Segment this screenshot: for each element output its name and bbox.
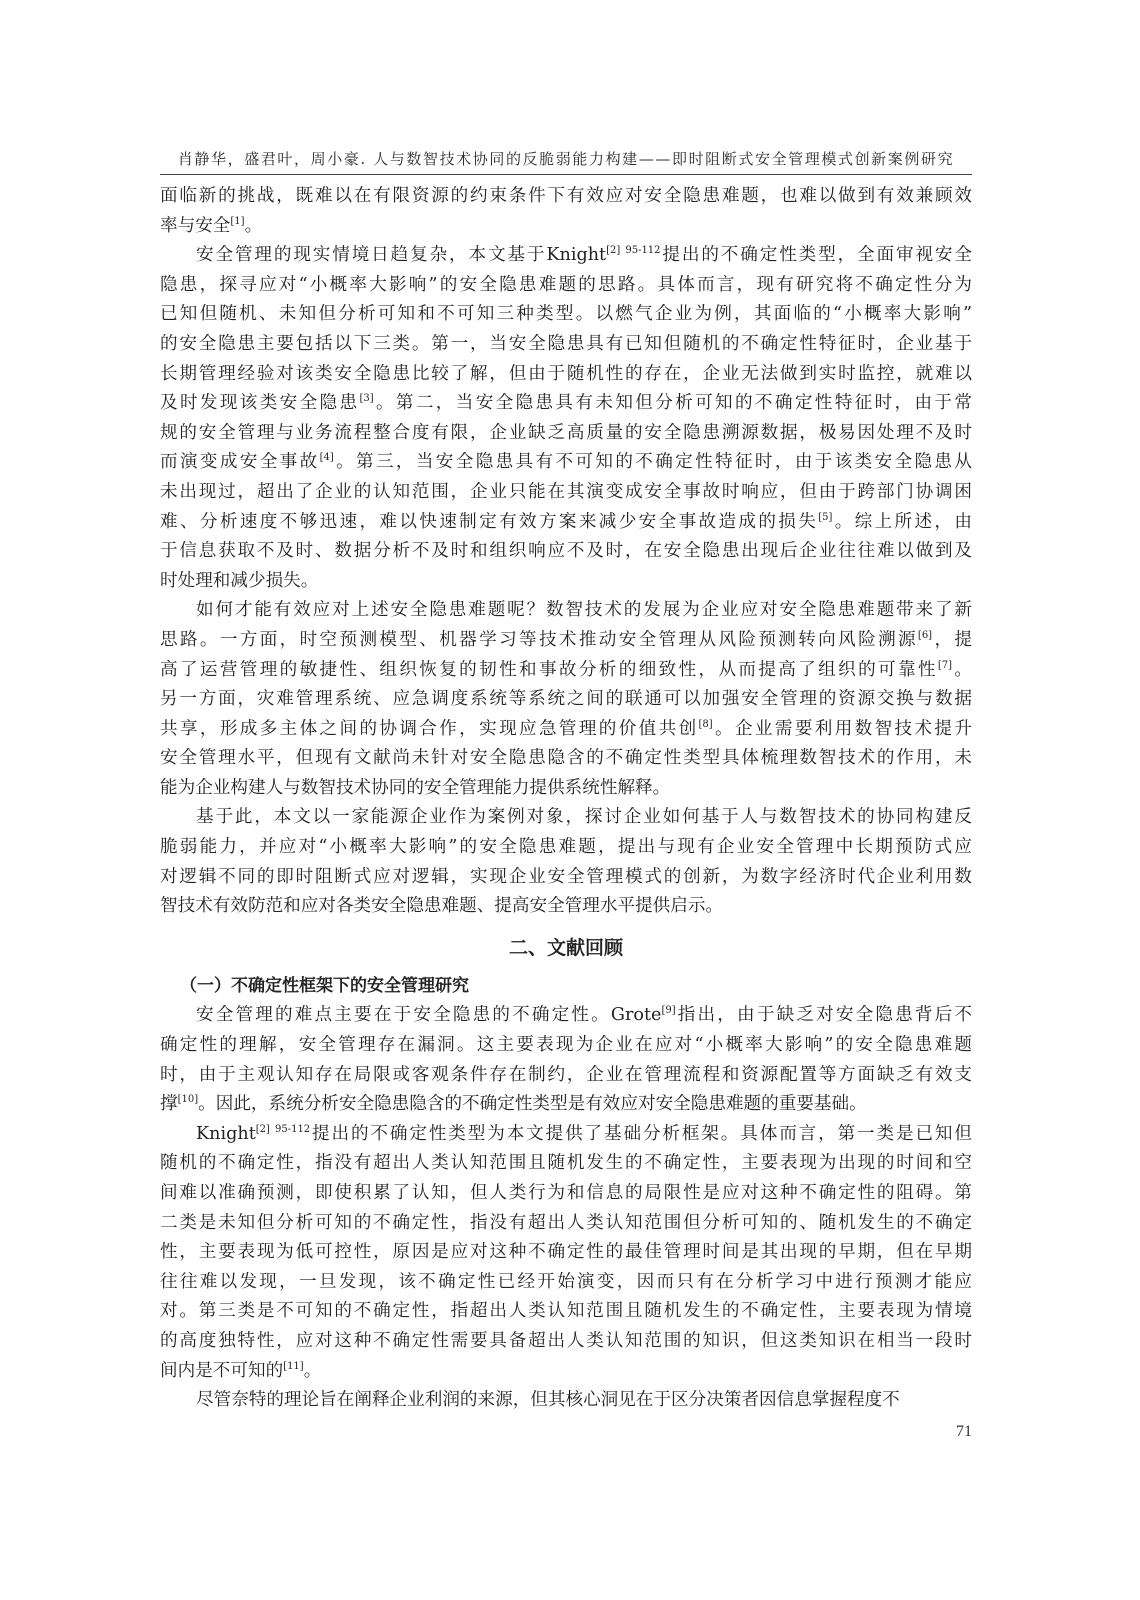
citation-ref[interactable]: [6] xyxy=(918,630,932,641)
text-line: 的安全隐患主要包括以下三类。第一，当安全隐患具有已知但随机的不确定性特征时，企业… xyxy=(160,330,972,360)
citation-ref[interactable]: [2] 95-112 xyxy=(606,245,660,256)
text-line: 思路。一方面，时空预测模型、机器学习等技术推动安全管理从风险预测转向风险溯源[6… xyxy=(160,626,972,656)
text-line: 如何才能有效应对上述安全隐患难题呢？数智技术的发展为企业应对安全隐患难题带来了新 xyxy=(160,596,972,626)
text-line: 于信息获取不及时、数据分析不及时和组织响应不及时，在安全隐患出现后企业往往难以做… xyxy=(160,537,972,567)
citation-ref[interactable]: [1] xyxy=(230,216,244,227)
citation-ref[interactable]: [7] xyxy=(938,660,952,671)
text-line: 未出现过，超出了企业的认知范围，企业只能在其演变成安全事故时响应，但由于跨部门协… xyxy=(160,478,972,508)
text-line: 面临新的挑战，既难以在有限资源的约束条件下有效应对安全隐患难题，也难以做到有效兼… xyxy=(160,182,972,212)
paragraph: 安全管理的难点主要在于安全隐患的不确定性。Grote[9]指出，由于缺乏对安全隐… xyxy=(160,1001,972,1119)
text-line: Knight[2] 95-112提出的不确定性类型为本文提供了基础分析框架。具体… xyxy=(160,1120,972,1150)
text-line: 确定性的理解，安全管理存在漏洞。这主要表现为企业在应对“小概率大影响”的安全隐患… xyxy=(160,1031,972,1061)
text-line: 对逻辑不同的即时阻断式应对逻辑，实现企业安全管理模式的创新，为数字经济时代企业利… xyxy=(160,863,972,893)
text-line: 长期管理经验对该类安全隐患比较了解，但由于随机性的存在，企业无法做到实时监控，就… xyxy=(160,360,972,390)
page-number: 71 xyxy=(956,1423,972,1441)
text-line: 对。第三类是不可知的不确定性，指超出人类认知范围且随机发生的不确定性，主要表现为… xyxy=(160,1297,972,1327)
text-line: 共享，形成多主体之间的协调合作，实现应急管理的价值共创[8]。企业需要利用数智技… xyxy=(160,715,972,745)
text-line: 随机的不确定性，指没有超出人类认知范围且随机发生的不确定性，主要表现为出现的时间… xyxy=(160,1149,972,1179)
text-line: 规的安全管理与业务流程整合度有限，企业缺乏高质量的安全隐患溯源数据，极易因处理不… xyxy=(160,419,972,449)
text-line: 率与安全[1]。 xyxy=(160,212,972,242)
text-line: 安全管理的难点主要在于安全隐患的不确定性。Grote[9]指出，由于缺乏对安全隐… xyxy=(160,1001,972,1031)
text-line: 高了运营管理的敏捷性、组织恢复的韧性和事故分析的细致性，从而提高了组织的可靠性[… xyxy=(160,656,972,686)
text-line: 及时发现该类安全隐患[3]。第二，当安全隐患具有未知但分析可知的不确定性特征时，… xyxy=(160,389,972,419)
text-line: 智技术有效防范和应对各类安全隐患难题、提高安全管理水平提供启示。 xyxy=(160,892,972,922)
text-line: 而演变成安全事故[4]。第三，当安全隐患具有不可知的不确定性特征时，由于该类安全… xyxy=(160,448,972,478)
section-paragraphs: 安全管理的难点主要在于安全隐患的不确定性。Grote[9]指出，由于缺乏对安全隐… xyxy=(160,1001,972,1415)
text-line: 尽管奈特的理论旨在阐释企业利润的来源，但其核心洞见在于区分决策者因信息掌握程度不 xyxy=(160,1386,972,1416)
text-line: 基于此，本文以一家能源企业作为案例对象，探讨企业如何基于人与数智技术的协同构建反 xyxy=(160,803,972,833)
text-line: 难、分析速度不够迅速，难以快速制定有效方案来减少安全事故造成的损失[5]。综上所… xyxy=(160,508,972,538)
citation-ref[interactable]: [4] xyxy=(320,452,334,463)
paragraph: 如何才能有效应对上述安全隐患难题呢？数智技术的发展为企业应对安全隐患难题带来了新… xyxy=(160,596,972,803)
paragraph: 安全管理的现实情境日趋复杂，本文基于Knight[2] 95-112提出的不确定… xyxy=(160,241,972,596)
text-line: 已知但随机、未知但分析可知和不可知三种类型。以燃气企业为例，其面临的“小概率大影… xyxy=(160,300,972,330)
text-line: 能为企业构建人与数智技术协同的安全管理能力提供系统性解释。 xyxy=(160,774,972,804)
citation-ref[interactable]: [11] xyxy=(283,1361,304,1372)
text-line: 脆弱能力，并应对“小概率大影响”的安全隐患难题，提出与现有企业安全管理中长期预防… xyxy=(160,833,972,863)
text-line: 另一方面，灾难管理系统、应急调度系统等系统之间的联通可以加强安全管理的资源交换与… xyxy=(160,685,972,715)
text-line: 时，由于主观认知存在局限或客观条件存在制约，企业在管理流程和资源配置等方面缺乏有… xyxy=(160,1061,972,1091)
paragraph: Knight[2] 95-112提出的不确定性类型为本文提供了基础分析框架。具体… xyxy=(160,1120,972,1386)
paragraph: 基于此，本文以一家能源企业作为案例对象，探讨企业如何基于人与数智技术的协同构建反… xyxy=(160,803,972,921)
text-line: 安全管理的现实情境日趋复杂，本文基于Knight[2] 95-112提出的不确定… xyxy=(160,241,972,271)
text-line: 撑[10]。因此，系统分析安全隐患隐含的不确定性类型是有效应对安全隐患难题的重要… xyxy=(160,1090,972,1120)
header-rule xyxy=(160,174,972,175)
citation-ref[interactable]: [10] xyxy=(178,1094,199,1105)
text-line: 隐患，探寻应对“小概率大影响”的安全隐患难题的思路。具体而言，现有研究将不确定性… xyxy=(160,271,972,301)
running-header: 肖静华，盛君叶，周小豪. 人与数智技术协同的反脆弱能力构建——即时阻断式安全管理… xyxy=(160,148,972,169)
paragraph: 面临新的挑战，既难以在有限资源的约束条件下有效应对安全隐患难题，也难以做到有效兼… xyxy=(160,182,972,241)
text-line: 往往难以发现，一旦发现，该不确定性已经开始演变，因而只有在分析学习中进行预测才能… xyxy=(160,1268,972,1298)
section-title: 二、文献回顾 xyxy=(160,924,972,972)
citation-ref[interactable]: [3] xyxy=(359,393,373,404)
intro-paragraphs: 面临新的挑战，既难以在有限资源的约束条件下有效应对安全隐患难题，也难以做到有效兼… xyxy=(160,182,972,922)
citation-ref[interactable]: [9] xyxy=(661,1005,675,1016)
text-line: 间内是不可知的[11]。 xyxy=(160,1357,972,1387)
citation-ref[interactable]: [2] 95-112 xyxy=(256,1124,310,1135)
text-line: 时处理和减少损失。 xyxy=(160,567,972,597)
text-line: 二类是未知但分析可知的不确定性，指没有超出人类认知范围但分析可知的、随机发生的不… xyxy=(160,1209,972,1239)
citation-ref[interactable]: [5] xyxy=(818,512,832,523)
text-line: 的高度独特性，应对这种不确定性需要具备超出人类认知范围的知识，但这类知识在相当一… xyxy=(160,1327,972,1357)
text-line: 性，主要表现为低可控性，原因是应对这种不确定性的最佳管理时间是其出现的早期，但在… xyxy=(160,1238,972,1268)
citation-ref[interactable]: [8] xyxy=(699,719,713,730)
subsection-title: （一）不确定性框架下的安全管理研究 xyxy=(160,972,972,1002)
article-body: 面临新的挑战，既难以在有限资源的约束条件下有效应对安全隐患难题，也难以做到有效兼… xyxy=(160,182,972,1416)
text-line: 间难以准确预测，即使积累了认知，但人类行为和信息的局限性是应对这种不确定性的阻碍… xyxy=(160,1179,972,1209)
paragraph: 尽管奈特的理论旨在阐释企业利润的来源，但其核心洞见在于区分决策者因信息掌握程度不 xyxy=(160,1386,972,1416)
text-line: 安全管理水平，但现有文献尚未针对安全隐患隐含的不确定性类型具体梳理数智技术的作用… xyxy=(160,744,972,774)
